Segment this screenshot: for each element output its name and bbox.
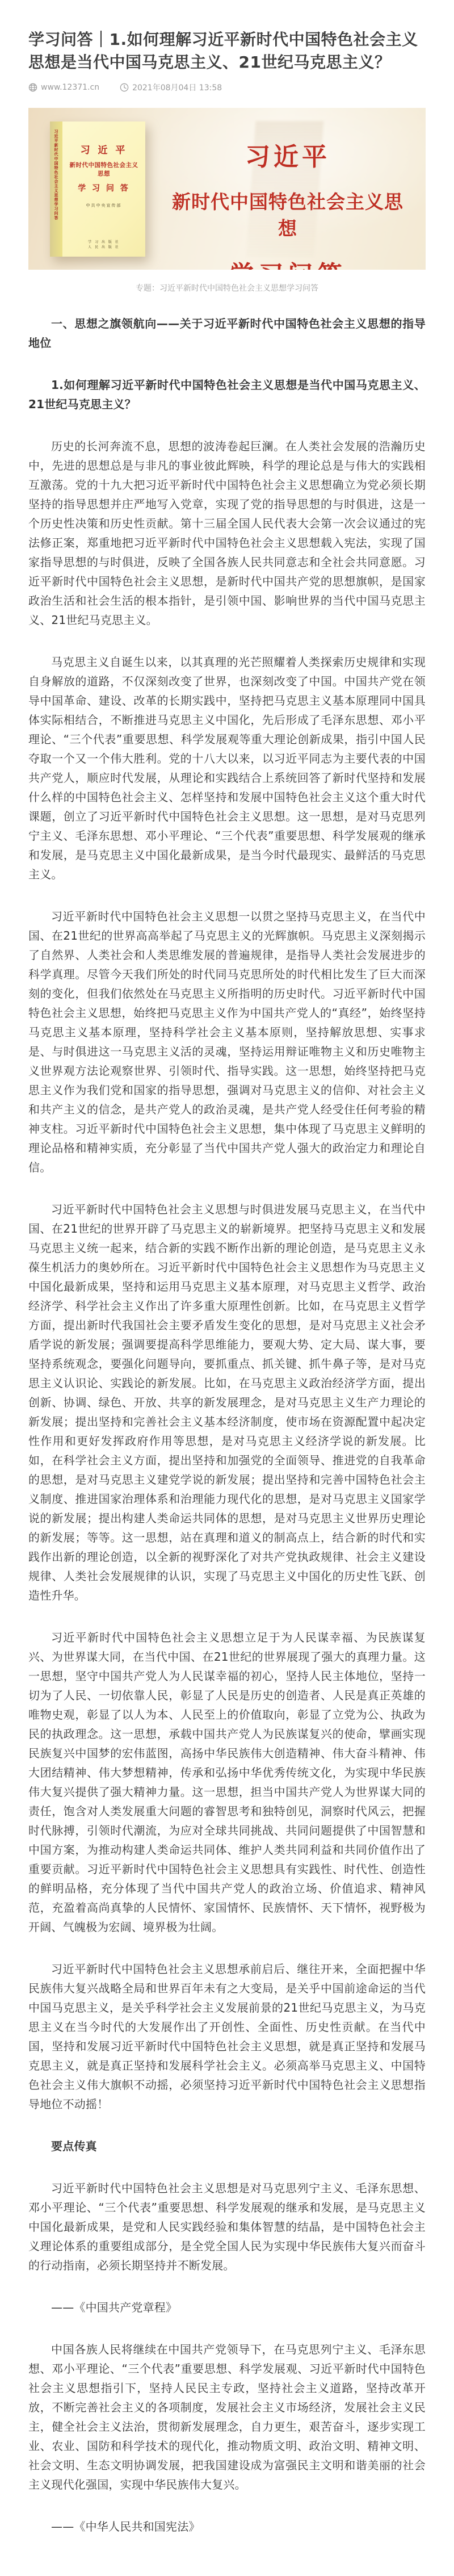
article-paragraph-normal: 习近平新时代中国特色社会主义思想承前启后、继往开来，全面把握中华民族伟大复兴战略… [28,1959,426,2114]
banner-headline: 习近平 新时代中国特色社会主义思想 学习问答 [166,136,410,270]
topic-caption-link[interactable]: 专题：习近平新时代中国特色社会主义思想学习问答 [28,282,426,294]
book-publisher: 中共中央宣传部 [67,203,141,208]
article-paragraph-normal: 中国各族人民将继续在中国共产党领导下，在马克思列宁主义、毛泽东思想、邓小平理论、… [28,2340,426,2494]
book-title-line3: 学 习 问 答 [67,182,141,194]
meta-datetime: 2021年08月04日 13:58 [120,82,222,93]
globe-icon [28,83,37,92]
book-press-line1: 学 习 出 版 社 [62,240,145,245]
meta-source-text: www.12371.cn [41,83,99,92]
meta-source: www.12371.cn [28,83,99,92]
article-paragraph-attribution: ——《中国共产党章程》 [28,2298,426,2317]
article-paragraph-normal: 习近平新时代中国特色社会主义思想是对马克思列宁主义、毛泽东思想、邓小平理论、“三… [28,2179,426,2275]
article-paragraph-normal: 习近平新时代中国特色社会主义思想立足于为人民谋幸福、为民族谋复兴、为世界谋大同，… [28,1628,426,1937]
book-spine-text: 习近平新时代中国特色社会主义思想学习问答 [53,129,59,220]
book-spine: 习近平新时代中国特色社会主义思想学习问答 [50,122,62,257]
article-page: 学习问答｜1.如何理解习近平新时代中国特色社会主义思想是当代中国马克思主义、21… [0,0,454,2576]
book-title-line2: 新时代中国特色社会主义思想 [67,161,141,178]
article-body: 一、思想之旗领航向——关于习近平新时代中国特色社会主义思想的指导地位1.如何理解… [28,314,426,2536]
banner-headline-line2: 新时代中国特色社会主义思想 [166,187,410,241]
banner-headline-line1: 习近平 [166,136,410,173]
article-paragraph-normal: 马克思主义自诞生以来，以其真理的光芒照耀着人类探索历史规律和实现自身解放的道路，… [28,652,426,884]
page-title: 学习问答｜1.如何理解习近平新时代中国特色社会主义思想是当代中国马克思主义、21… [28,28,426,74]
article-paragraph-normal: 习近平新时代中国特色社会主义思想与时俱进发展马克思主义，在当代中国、在21世纪的… [28,1200,426,1605]
article-paragraph-normal: 习近平新时代中国特色社会主义思想一以贯之坚持马克思主义，在当代中国、在21世纪的… [28,907,426,1177]
meta-datetime-text: 2021年08月04日 13:58 [132,82,222,93]
article-paragraph-subhead: 要点传真 [28,2137,426,2156]
clock-icon [120,83,129,92]
banner-image: 习近平新时代中国特色社会主义思想学习问答 习 近 平 新时代中国特色社会主义思想… [28,108,426,270]
article-meta: www.12371.cn 2021年08月04日 13:58 [28,82,426,93]
article-paragraph-attribution: ——《中华人民共和国宪法》 [28,2517,426,2536]
book-front-cover: 习 近 平 新时代中国特色社会主义思想 学 习 问 答 中共中央宣传部 学 习 … [62,122,145,257]
book-press-line2: 人 民 出 版 社 [62,245,145,250]
article-paragraph-section-heading: 一、思想之旗领航向——关于习近平新时代中国特色社会主义思想的指导地位 [28,314,426,353]
book-title-line1: 习 近 平 [67,142,141,156]
book-press-lines: 学 习 出 版 社 人 民 出 版 社 [62,240,145,250]
book-cover-graphic: 习近平新时代中国特色社会主义思想学习问答 习 近 平 新时代中国特色社会主义思想… [50,122,145,257]
article-paragraph-question: 1.如何理解习近平新时代中国特色社会主义思想是当代中国马克思主义、21世纪马克思… [28,375,426,414]
article-paragraph-normal: 历史的长河奔流不息，思想的波涛卷起巨澜。在人类社会发展的浩瀚历史中，先进的思想总… [28,437,426,630]
banner-headline-line3: 学习问答 [166,254,410,270]
